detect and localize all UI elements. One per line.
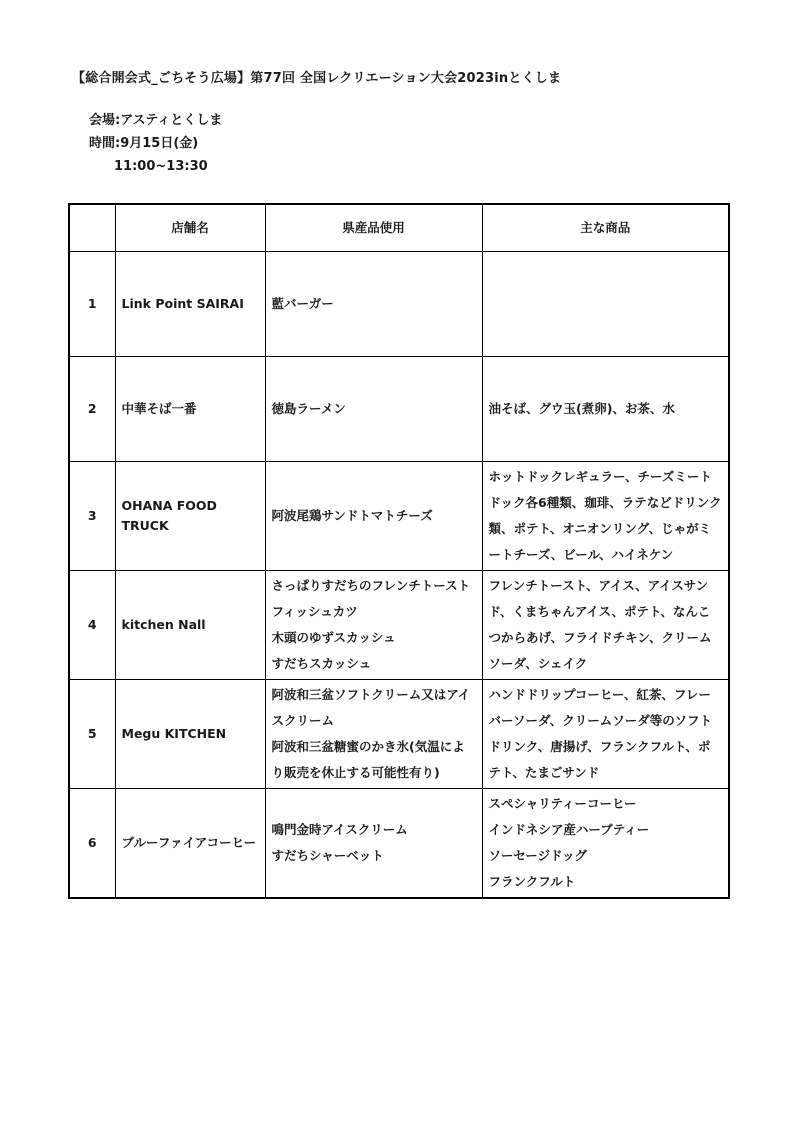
cell-number: 6: [69, 788, 115, 898]
cell-number: 2: [69, 356, 115, 461]
cell-shop-name: ブルーファイアコーヒー: [115, 788, 265, 898]
header-main-items: 主な商品: [482, 204, 729, 251]
table-header-row: 店舗名 県産品使用 主な商品: [69, 204, 729, 251]
cell-main-items: フレンチトースト、アイス、アイスサンド、くまちゃんアイス、ポテト、なんこつからあ…: [482, 570, 729, 679]
table-row: 6 ブルーファイアコーヒー 鳴門金時アイスクリーム すだちシャーベット スペシャ…: [69, 788, 729, 898]
header-shop-name: 店舗名: [115, 204, 265, 251]
cell-main-items: ホットドックレギュラー、チーズミートドック各6種類、珈琲、ラテなどドリンク類、ポ…: [482, 461, 729, 570]
cell-number: 5: [69, 679, 115, 788]
stall-table: 店舗名 県産品使用 主な商品 1 Link Point SAIRAI 藍バーガー…: [68, 203, 730, 899]
cell-prefecture-products: 鳴門金時アイスクリーム すだちシャーベット: [265, 788, 482, 898]
cell-shop-name: kitchen Nall: [115, 570, 265, 679]
document-page: 【総合開会式_ごちそう広場】第77回 全国レクリエーション大会2023inとくし…: [0, 0, 794, 1123]
cell-prefecture-products: 徳島ラーメン: [265, 356, 482, 461]
table-row: 5 Megu KITCHEN 阿波和三盆ソフトクリーム又はアイスクリーム 阿波和…: [69, 679, 729, 788]
cell-shop-name: OHANA FOOD TRUCK: [115, 461, 265, 570]
cell-number: 3: [69, 461, 115, 570]
cell-main-items: 油そば、グウ玉(煮卵)、お茶、水: [482, 356, 729, 461]
cell-prefecture-products: 藍バーガー: [265, 251, 482, 356]
cell-main-items: [482, 251, 729, 356]
cell-main-items: スペシャリティーコーヒー インドネシア産ハーブティー ソーセージドッグ フランク…: [482, 788, 729, 898]
table-row: 3 OHANA FOOD TRUCK 阿波尾鶏サンドトマトチーズ ホットドックレ…: [69, 461, 729, 570]
cell-shop-name: 中華そば一番: [115, 356, 265, 461]
cell-prefecture-products: 阿波和三盆ソフトクリーム又はアイスクリーム 阿波和三盆糖蜜のかき氷(気温により販…: [265, 679, 482, 788]
cell-main-items: ハンドドリップコーヒー、紅茶、フレーバーソーダ、クリームソーダ等のソフトドリンク…: [482, 679, 729, 788]
time-line: 時間:9月15日(金): [89, 134, 198, 153]
header-prefecture-products: 県産品使用: [265, 204, 482, 251]
header-number: [69, 204, 115, 251]
cell-number: 1: [69, 251, 115, 356]
page-title: 【総合開会式_ごちそう広場】第77回 全国レクリエーション大会2023inとくし…: [72, 69, 561, 88]
cell-shop-name: Link Point SAIRAI: [115, 251, 265, 356]
cell-number: 4: [69, 570, 115, 679]
cell-prefecture-products: 阿波尾鶏サンドトマトチーズ: [265, 461, 482, 570]
table-row: 2 中華そば一番 徳島ラーメン 油そば、グウ玉(煮卵)、お茶、水: [69, 356, 729, 461]
cell-shop-name: Megu KITCHEN: [115, 679, 265, 788]
cell-prefecture-products: さっぱりすだちのフレンチトースト フィッシュカツ 木頭のゆずスカッシュ すだちス…: [265, 570, 482, 679]
time-range-line: 11:00~13:30: [114, 157, 208, 176]
venue-line: 会場:アスティとくしま: [89, 111, 222, 130]
table-row: 1 Link Point SAIRAI 藍バーガー: [69, 251, 729, 356]
table-row: 4 kitchen Nall さっぱりすだちのフレンチトースト フィッシュカツ …: [69, 570, 729, 679]
